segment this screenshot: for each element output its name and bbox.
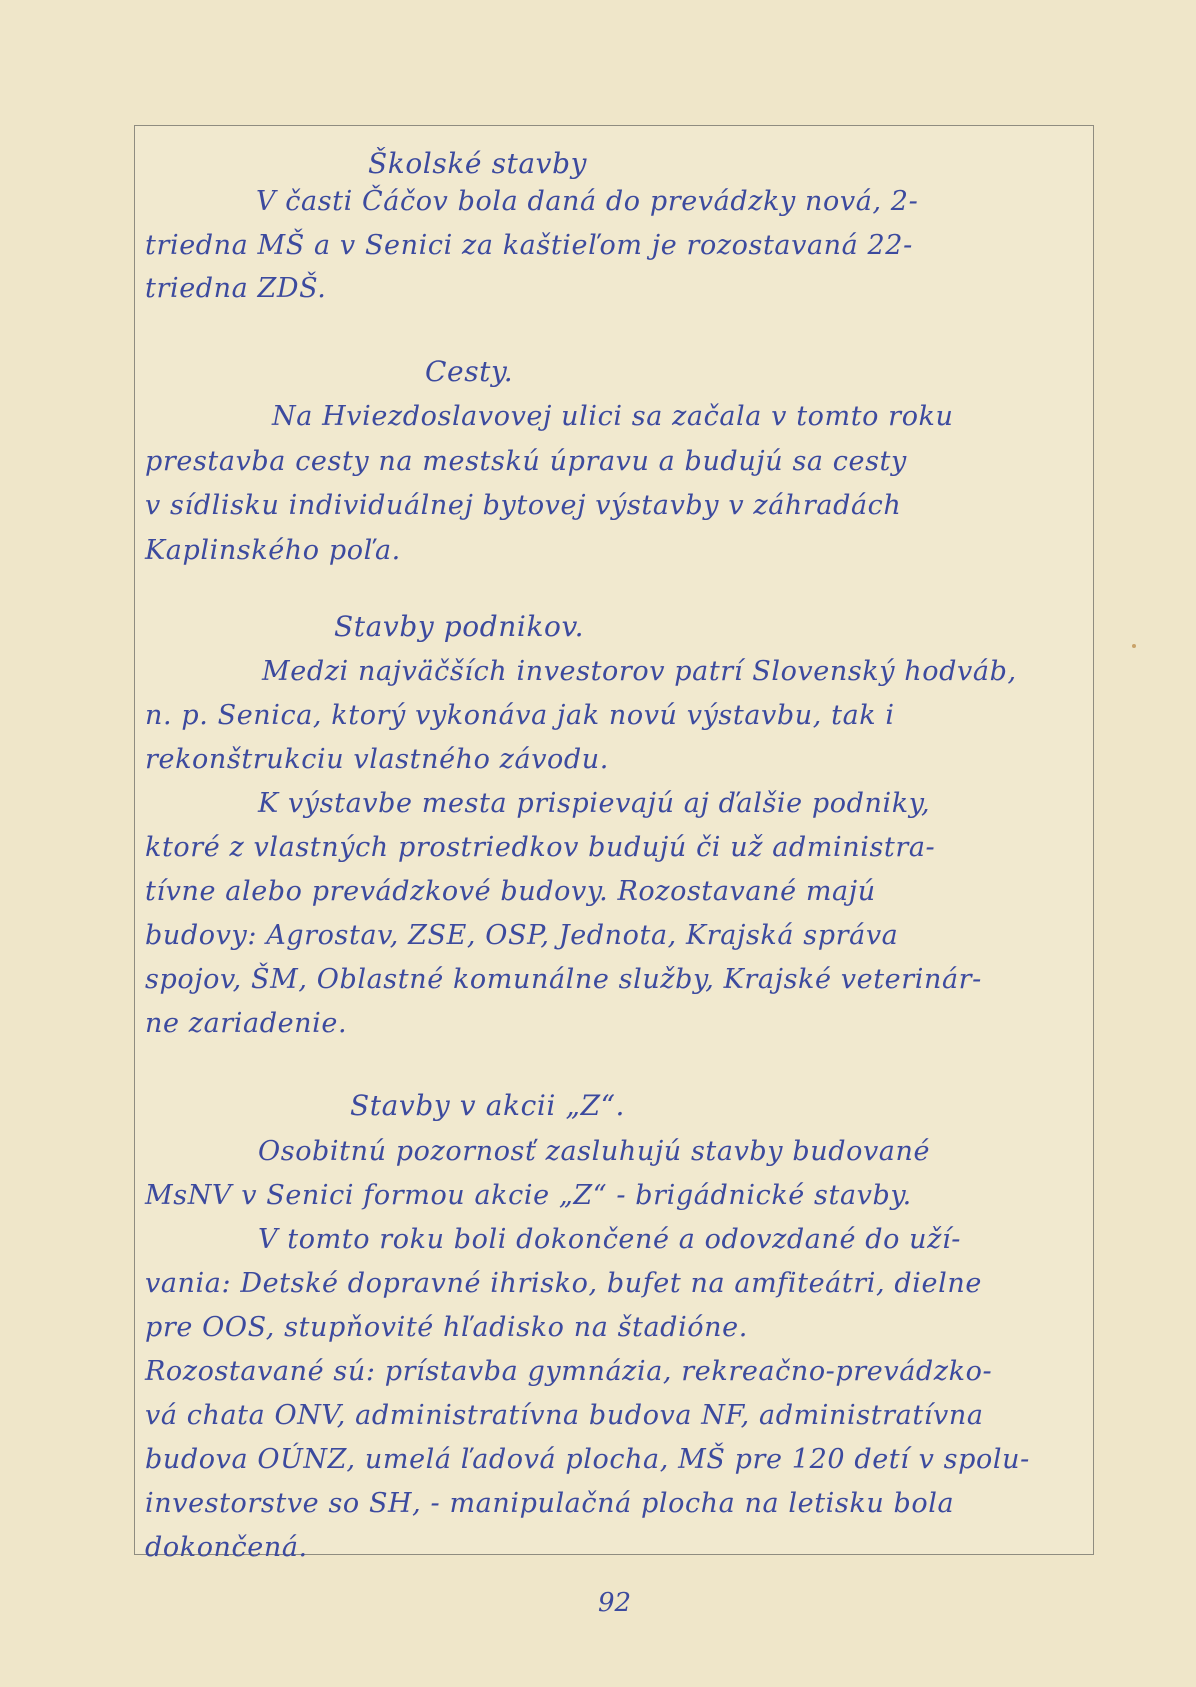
section-heading-cesty: Cesty.: [425, 358, 513, 386]
paper-speck: [1132, 644, 1136, 648]
text-line: v sídlisku individuálnej bytovej výstavb…: [145, 492, 901, 519]
text-line: triedna MŠ a v Senici za kaštieľom je ro…: [145, 232, 913, 259]
text-line: Kaplinského poľa.: [145, 537, 401, 564]
text-line: pre OOS, stupňovité hľadisko na štadióne…: [145, 1314, 748, 1341]
text-line: dokončená.: [145, 1534, 308, 1561]
section-heading-stavby-v-akcii-z: Stavby v akcii „Z“.: [350, 1092, 625, 1120]
text-line: n. p. Senica, ktorý vykonáva jak novú vý…: [145, 702, 895, 729]
text-line: budova OÚNZ, umelá ľadová plocha, MŠ pre…: [145, 1446, 1030, 1473]
text-line: V tomto roku boli dokončené a odovzdané …: [258, 1226, 961, 1253]
text-line: rekonštrukciu vlastného závodu.: [145, 746, 609, 773]
text-line: tívne alebo prevádzkové budovy. Rozostav…: [145, 878, 876, 905]
text-line: Medzi najväčších investorov patrí Sloven…: [262, 658, 1017, 685]
text-line: budovy: Agrostav, ZSE, OSP, Jednota, Kra…: [145, 922, 898, 949]
text-line: ktoré z vlastných prostriedkov budujú či…: [145, 834, 935, 861]
text-line: K výstavbe mesta prispievajú aj ďalšie p…: [258, 790, 930, 817]
text-line: vá chata ONV, administratívna budova NF,…: [145, 1402, 984, 1429]
text-line: spojov, ŠM, Oblastné komunálne služby, K…: [145, 966, 982, 993]
page-number: 92: [598, 1588, 631, 1618]
text-line: MsNV v Senici formou akcie „Z“ - brigádn…: [145, 1182, 912, 1209]
text-line: Osobitnú pozornosť zasluhujú stavby budo…: [258, 1138, 930, 1165]
section-heading-skolske-stavby: Školské stavby: [368, 150, 587, 178]
text-line: prestavba cesty na mestskú úpravu a budu…: [145, 448, 907, 475]
text-line: ne zariadenie.: [145, 1010, 347, 1037]
text-line: Na Hviezdoslavovej ulici sa začala v tom…: [272, 403, 954, 430]
text-line: Rozostavané sú: prístavba gymnázia, rekr…: [145, 1358, 992, 1385]
section-heading-stavby-podnikov: Stavby podnikov.: [334, 613, 584, 641]
text-line: vania: Detské dopravné ihrisko, bufet na…: [145, 1270, 982, 1297]
text-line: V časti Čáčov bola daná do prevádzky nov…: [256, 188, 918, 215]
text-line: triedna ZDŠ.: [145, 275, 326, 302]
text-line: investorstve so SH, - manipulačná plocha…: [145, 1490, 954, 1517]
